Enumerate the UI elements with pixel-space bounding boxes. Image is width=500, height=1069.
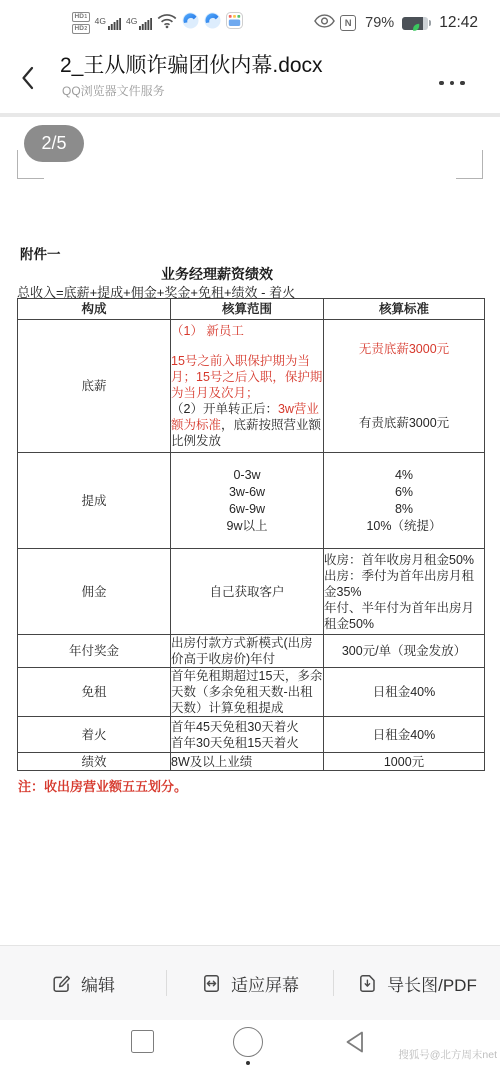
home-dot-indicator	[246, 1061, 250, 1065]
nfc-icon: N	[340, 15, 356, 31]
export-download-icon	[357, 973, 378, 994]
edit-button[interactable]: 编辑	[0, 946, 166, 1020]
status-right-cluster: N 79% 12:42	[314, 14, 478, 33]
row-standard: 300元/单（现金发放）	[324, 635, 485, 668]
row-standard: 日租金40%	[324, 668, 485, 717]
edit-label: 编辑	[81, 971, 115, 996]
row-scope: 首年免租期超过15天，多余天数（多余免租天数-出租天数）计算免租提成	[171, 668, 324, 717]
status-left-cluster: HD1 HD2 4G 4G	[72, 12, 243, 34]
col-header-standard: 核算标准	[324, 299, 485, 320]
table-footnote: 注：收出房营业额五五划分。	[18, 776, 187, 795]
volte-hd-icons: HD1 HD2	[72, 12, 90, 34]
file-source-label: QQ浏览器文件服务	[62, 82, 165, 99]
signal-1-icon: 4G	[95, 17, 121, 30]
table-header-row: 构成 核算范围 核算标准	[18, 299, 485, 320]
row-name: 年付奖金	[18, 635, 171, 668]
document-toolbar: 编辑 适应屏幕 导长图/PDF	[0, 945, 500, 1020]
eye-comfort-icon	[314, 14, 335, 33]
battery-icon	[402, 17, 428, 30]
fit-screen-label: 适应屏幕	[231, 971, 299, 996]
row-scope: 首年45天免租30天着火 首年30天免租15天着火	[171, 717, 324, 753]
row-name: 佣金	[18, 549, 171, 635]
page-margin-mark-right	[456, 150, 483, 179]
wifi-icon	[157, 13, 177, 34]
table-row: 底薪 （1） 新员工 15号之前入职保护期为当月；15号之后入职，保护期为当月及…	[18, 320, 485, 453]
row-name: 着火	[18, 717, 171, 753]
table-row: 绩效 8W及以上业绩 1000元	[18, 753, 485, 771]
row-standard: 1000元	[324, 753, 485, 771]
chevron-left-icon	[21, 65, 34, 91]
document-viewport[interactable]: 2/5 附件一 业务经理薪资绩效 总收入=底薪+提成+佣金+奖金+免租+绩效 -…	[0, 117, 500, 945]
row-standard: 收房：首年收房月租金50% 出房：季付为首年出房月租金35% 年付、半年付为首年…	[324, 549, 485, 635]
row-name: 免租	[18, 668, 171, 717]
browser-notification-icon	[182, 12, 199, 34]
android-nav-bar: 搜狐号@北方周末net	[0, 1020, 500, 1069]
browser-notification-icon-2	[204, 12, 221, 34]
row-standard: 4% 6% 8% 10%（统提）	[324, 453, 485, 549]
hd2-icon: HD2	[72, 24, 90, 34]
attachment-label: 附件一	[20, 243, 61, 263]
signal-2-icon: 4G	[126, 17, 152, 30]
sheet-title: 业务经理薪资绩效	[17, 264, 417, 284]
calendar-app-icon	[226, 12, 243, 34]
row-scope: 0-3w 3w-6w 6w-9w 9w以上	[171, 453, 324, 549]
salary-table: 构成 核算范围 核算标准 底薪 （1） 新员工 15号之前入职保护期为当月；15…	[17, 298, 485, 771]
row-name: 底薪	[18, 320, 171, 453]
col-header-composition: 构成	[18, 299, 171, 320]
row-standard: 无责底薪3000元 有责底薪3000元	[324, 320, 485, 453]
row-name: 提成	[18, 453, 171, 549]
more-menu-button[interactable]	[432, 72, 472, 94]
hd1-icon: HD1	[72, 12, 90, 22]
fit-screen-button[interactable]: 适应屏幕	[167, 946, 333, 1020]
row-standard: 日租金40%	[324, 717, 485, 753]
table-row: 着火 首年45天免租30天着火 首年30天免租15天着火 日租金40%	[18, 717, 485, 753]
row-scope: 出房付款方式新模式(出房价高于收房价)年付	[171, 635, 324, 668]
watermark-text: 搜狐号@北方周末net	[398, 1047, 497, 1062]
clock: 12:42	[439, 14, 478, 32]
battery-percent: 79%	[365, 15, 394, 31]
export-long-image-pdf-button[interactable]: 导长图/PDF	[334, 946, 500, 1020]
recents-button[interactable]	[131, 1030, 154, 1053]
home-button[interactable]	[233, 1027, 263, 1057]
export-label: 导长图/PDF	[387, 971, 477, 996]
file-viewer-header: 2_王从顺诈骗团伙内幕.docx QQ浏览器文件服务	[0, 46, 500, 113]
col-header-scope: 核算范围	[171, 299, 324, 320]
table-row: 免租 首年免租期超过15天，多余天数（多余免租天数-出租天数）计算免租提成 日租…	[18, 668, 485, 717]
file-title: 2_王从顺诈骗团伙内幕.docx	[60, 49, 420, 79]
edit-icon	[51, 973, 72, 994]
row-scope: （1） 新员工 15号之前入职保护期为当月；15号之后入职，保护期为当月及次月；…	[171, 320, 324, 453]
fit-screen-icon	[201, 973, 222, 994]
row-scope: 自己获取客户	[171, 549, 324, 635]
triangle-back-icon	[343, 1029, 365, 1055]
status-bar: HD1 HD2 4G 4G	[0, 0, 500, 46]
nav-back-button[interactable]	[343, 1029, 365, 1060]
row-scope: 8W及以上业绩	[171, 753, 324, 771]
phone-screen: HD1 HD2 4G 4G	[0, 0, 500, 1069]
table-row: 佣金 自己获取客户 收房：首年收房月租金50% 出房：季付为首年出房月租金35%…	[18, 549, 485, 635]
back-button[interactable]	[14, 61, 40, 95]
page-margin-mark-left	[17, 150, 44, 179]
row-name: 绩效	[18, 753, 171, 771]
table-row: 年付奖金 出房付款方式新模式(出房价高于收房价)年付 300元/单（现金发放）	[18, 635, 485, 668]
table-row: 提成 0-3w 3w-6w 6w-9w 9w以上 4% 6% 8% 10%（统提…	[18, 453, 485, 549]
